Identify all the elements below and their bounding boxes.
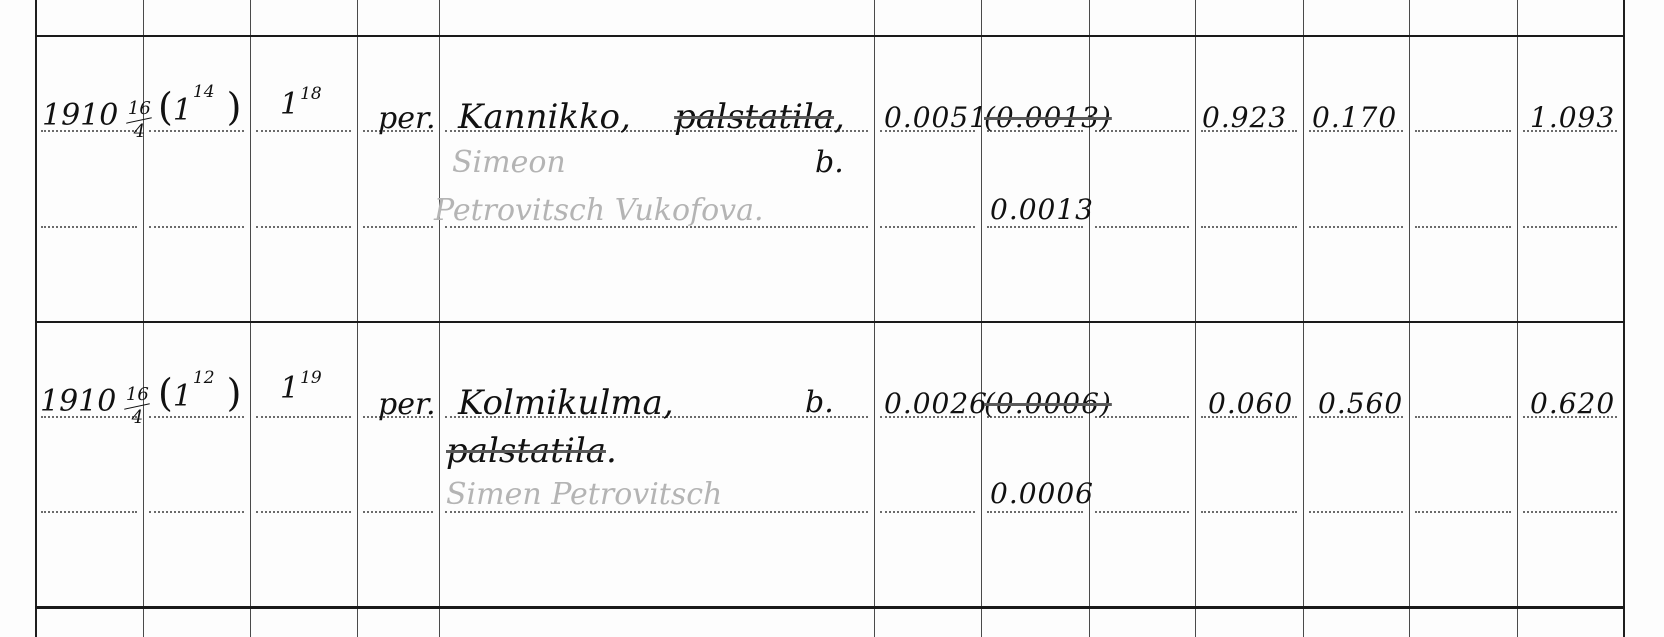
date-year: 1910 [42,98,118,133]
dotted-guide-line [880,226,975,228]
dotted-guide-line [1095,511,1189,513]
date-fraction: 164 [124,386,150,427]
dotted-guide-line [363,226,433,228]
value-e: 0.170 [1312,104,1397,132]
dotted-guide-line [1415,416,1511,418]
date-day: 16 [126,386,149,404]
description-line2: palstatila. [446,434,617,468]
column-rule [439,0,440,637]
dotted-guide-line [256,511,351,513]
dotted-guide-line [41,511,137,513]
dotted-guide-line [880,511,975,513]
dotted-guide-line [1201,226,1297,228]
dotted-guide-line [987,511,1083,513]
total-value: 0.620 [1530,390,1615,418]
entry-date: 1910164 [42,100,152,141]
dotted-guide-line [987,226,1083,228]
dotted-guide-line [1415,130,1511,132]
dotted-guide-line [149,416,244,418]
column-rule [357,0,358,637]
date-year: 1910 [40,384,116,419]
date-month: 4 [132,409,143,427]
row-separator [35,321,1625,323]
date-month: 4 [134,123,145,141]
value-d: 0.060 [1208,390,1293,418]
dotted-guide-line [256,130,351,132]
description-line1-suffix: b. [805,388,834,418]
dotted-guide-line [149,130,244,132]
value-b-corrected: 0.0006 [990,480,1094,508]
date-day: 16 [128,100,151,118]
paren-ref-main: 1 [173,93,193,128]
paren-reference: (114 ) [158,88,241,126]
description-line1: Kolmikulma, [458,386,674,420]
dotted-guide-line [1095,226,1189,228]
dotted-guide-line [149,226,244,228]
value-b-corrected: 0.0013 [990,196,1094,224]
value-e: 0.560 [1318,390,1403,418]
dotted-guide-line [256,226,351,228]
column-rule [874,0,875,637]
date-fraction: 164 [126,100,152,141]
entry-date: 1910164 [40,386,150,427]
column-rule [981,0,982,637]
value-b-struck: (0.0006) [984,390,1112,418]
column-rule [1089,0,1090,637]
column-rule [1303,0,1304,637]
row-separator [35,606,1625,609]
reference-number: 118 [280,90,322,120]
dotted-guide-line [1523,511,1617,513]
struck-text: palstatila [674,97,834,137]
row-separator [35,35,1625,37]
description-line1: Kannikko, palstatila, [458,100,845,134]
reference-number: 119 [280,374,322,404]
description-line2: b. [815,148,844,178]
paren-ref-sup: 12 [193,368,215,388]
table-border-right [1623,0,1625,637]
dotted-guide-line [41,226,137,228]
dotted-guide-line [1415,226,1511,228]
column-rule [1409,0,1410,637]
pencil-note-line2: Petrovitsch Vukofova. [434,196,764,226]
dotted-guide-line [363,511,433,513]
dotted-guide-line [1523,226,1617,228]
pencil-note-line1: Simeon [452,148,566,178]
paren-ref-main: 1 [173,379,193,414]
value-a: 0.0051 [884,104,988,132]
value-b-struck: (0.0013) [984,104,1112,132]
dotted-guide-line [256,416,351,418]
table-border-left [35,0,37,637]
value-a: 0.0026 [884,390,988,418]
dotted-guide-line [1415,511,1511,513]
column-rule [250,0,251,637]
paren-reference: (112 ) [158,374,241,412]
value-d: 0.923 [1202,104,1287,132]
total-value: 1.093 [1530,104,1615,132]
register-sheet: 1910164 (114 ) 118 per. Kannikko, palsta… [0,0,1664,637]
prefix-per: per. [378,390,436,420]
struck-text: palstatila [446,431,606,471]
dotted-guide-line [1309,511,1403,513]
column-rule [143,0,144,637]
column-rule [1517,0,1518,637]
dotted-guide-line [149,511,244,513]
dotted-guide-line [1201,511,1297,513]
column-rule [1195,0,1196,637]
dotted-guide-line [1309,226,1403,228]
paren-ref-sup: 14 [193,82,215,102]
prefix-per: per. [378,104,436,134]
pencil-note-line1: Simen Petrovitsch [446,480,722,510]
